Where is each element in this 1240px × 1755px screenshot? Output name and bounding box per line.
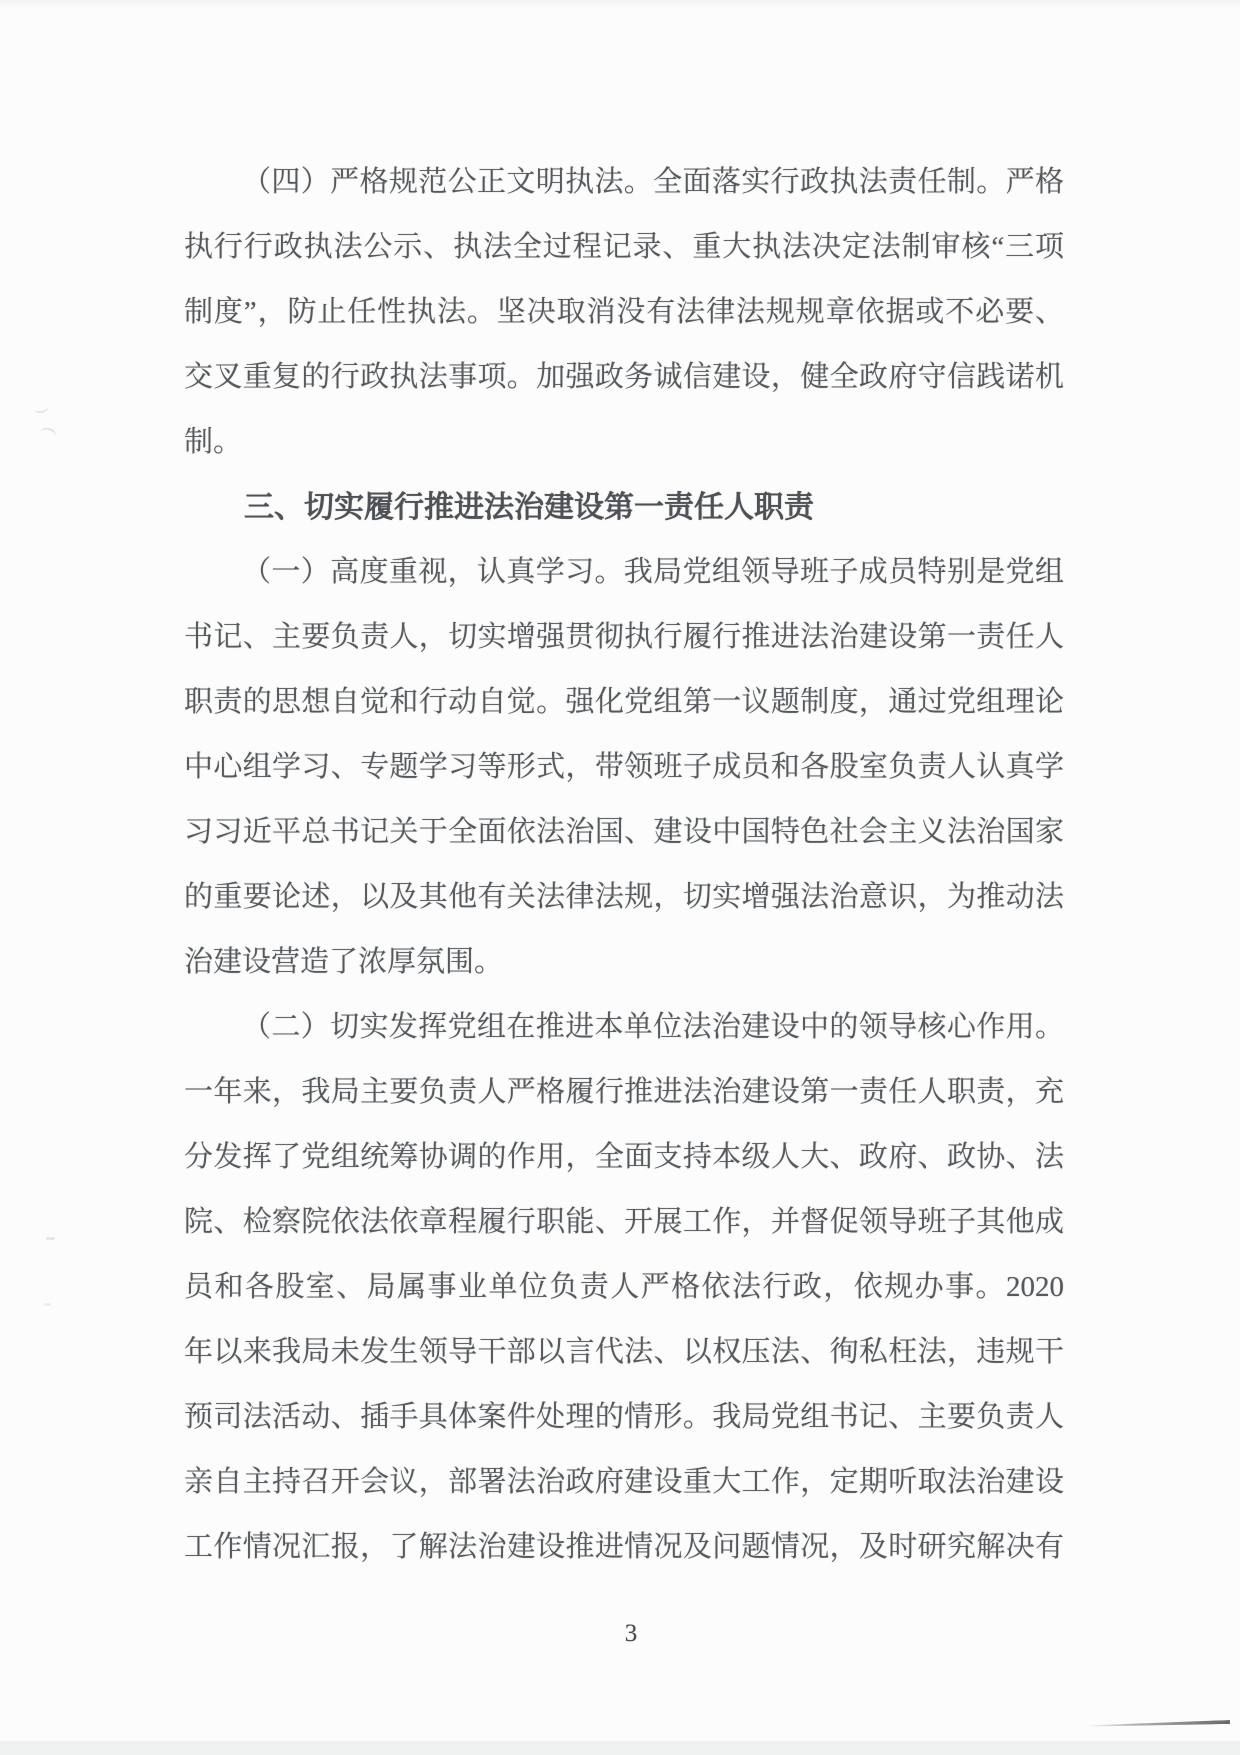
text-line: 预司法活动、插手具体案件处理的情形。我局党组书记、主要负责人: [184, 1385, 1064, 1450]
text-line: 习习近平总书记关于全面依法治国、建设中国特色社会主义法治国家: [184, 800, 1064, 865]
text-line: （四）严格规范公正文明执法。全面落实行政执法责任制。严格: [184, 150, 1064, 215]
text-line: 员和各股室、局属事业单位负责人严格依法行政，依规办事。2020: [184, 1255, 1064, 1320]
text-line: 书记、主要负责人，切实增强贯彻执行履行推进法治建设第一责任人: [184, 605, 1064, 670]
section-heading: 三、切实履行推进法治建设第一责任人职责: [184, 475, 1064, 540]
scan-hairline-artifact: [1084, 1720, 1230, 1728]
text-line: 职责的思想自觉和行动自觉。强化党组第一议题制度，通过党组理论: [184, 670, 1064, 735]
text-line: 执行行政执法公示、执法全过程记录、重大执法决定法制审核“三项: [184, 215, 1064, 280]
text-line: 亲自主持召开会议，部署法治政府建设重大工作，定期听取法治建设: [184, 1450, 1064, 1515]
scanned-document-page: （四）严格规范公正文明执法。全面落实行政执法责任制。严格执行行政执法公示、执法全…: [0, 0, 1240, 1755]
text-line: 分发挥了党组统筹协调的作用，全面支持本级人大、政府、政协、法: [184, 1125, 1064, 1190]
text-line: 制。: [184, 410, 1064, 475]
text-line: 工作情况汇报，了解法治建设推进情况及问题情况，及时研究解决有: [184, 1515, 1064, 1580]
text-line: 一年来，我局主要负责人严格履行推进法治建设第一责任人职责，充: [184, 1060, 1064, 1125]
scan-edge-top: [0, 0, 1240, 8]
text-line: 治建设营造了浓厚氛围。: [184, 930, 1064, 995]
scan-smudge-mark: [39, 426, 57, 442]
page-number: 3: [616, 1614, 646, 1654]
text-line: （一）高度重视，认真学习。我局党组领导班子成员特别是党组: [184, 540, 1064, 605]
text-line: 中心组学习、专题学习等形式，带领班子成员和各股室负责人认真学: [184, 735, 1064, 800]
scan-smudge-mark: [33, 403, 48, 414]
text-line: 的重要论述，以及其他有关法律法规，切实增强法治意识，为推动法: [184, 865, 1064, 930]
text-line: 制度”，防止任性执法。坚决取消没有法律法规规章依据或不必要、: [184, 280, 1064, 345]
scan-edge-bottom: [0, 1741, 1240, 1755]
document-body: （四）严格规范公正文明执法。全面落实行政执法责任制。严格执行行政执法公示、执法全…: [184, 150, 1064, 1580]
text-line: （二）切实发挥党组在推进本单位法治建设中的领导核心作用。: [184, 995, 1064, 1060]
scan-smudge-mark: [44, 1303, 51, 1306]
text-line: 年以来我局未发生领导干部以言代法、以权压法、徇私枉法，违规干: [184, 1320, 1064, 1385]
text-line: 院、检察院依法依章程履行职能、开展工作，并督促领导班子其他成: [184, 1190, 1064, 1255]
text-line: 交叉重复的行政执法事项。加强政务诚信建设，健全政府守信践诺机: [184, 345, 1064, 410]
scan-smudge-mark: [46, 1237, 55, 1240]
